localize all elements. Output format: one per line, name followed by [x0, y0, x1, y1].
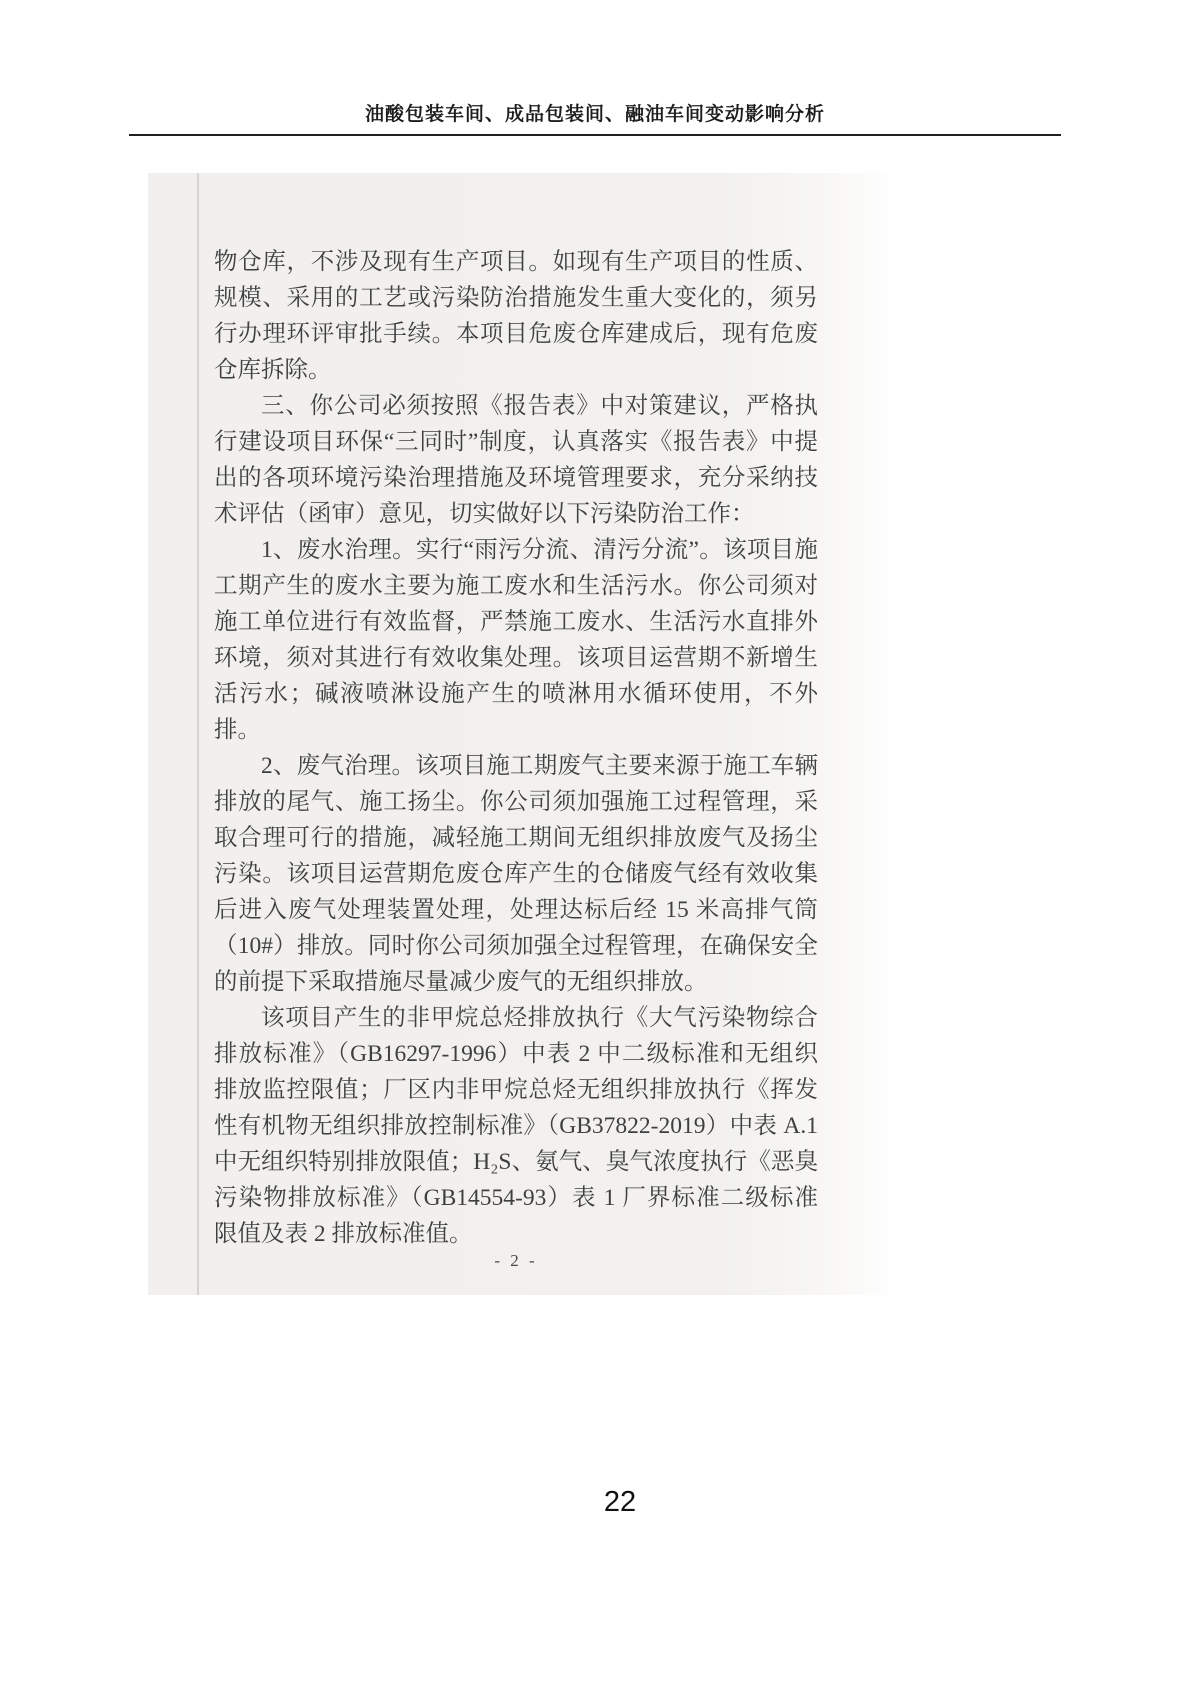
- scan-page-marker: - 2 -: [214, 1251, 818, 1271]
- scan-text-block: 物仓库，不涉及现有生产项目。如现有生产项目的性质、规模、采用的工艺或污染防治措施…: [214, 244, 818, 1252]
- paragraph-item-three: 三、你公司必须按照《报告表》中对策建议，严格执行建设项目环保“三同时”制度，认真…: [214, 388, 818, 532]
- paragraph-waste-gas: 2、废气治理。该项目施工期废气主要来源于施工车辆排放的尾气、施工扬尘。你公司须加…: [214, 748, 818, 1000]
- scanned-document: 物仓库，不涉及现有生产项目。如现有生产项目的性质、规模、采用的工艺或污染防治措施…: [148, 173, 904, 1295]
- header-rule: [129, 134, 1061, 136]
- paragraph-emission-standards: 该项目产生的非甲烷总烃排放执行《大气污染物综合排放标准》（GB16297-199…: [214, 1000, 818, 1252]
- paragraph-wastewater: 1、废水治理。实行“雨污分流、清污分流”。该项目施工期产生的废水主要为施工废水和…: [214, 532, 818, 748]
- page-number: 22: [604, 1486, 636, 1519]
- document-page: 油酸包装车间、成品包装间、融油车间变动影响分析 物仓库，不涉及现有生产项目。如现…: [0, 0, 1190, 1683]
- scan-fold-line: [197, 173, 199, 1295]
- header-title: 油酸包装车间、成品包装间、融油车间变动影响分析: [0, 99, 1190, 126]
- paragraph-continuation: 物仓库，不涉及现有生产项目。如现有生产项目的性质、规模、采用的工艺或污染防治措施…: [214, 244, 818, 388]
